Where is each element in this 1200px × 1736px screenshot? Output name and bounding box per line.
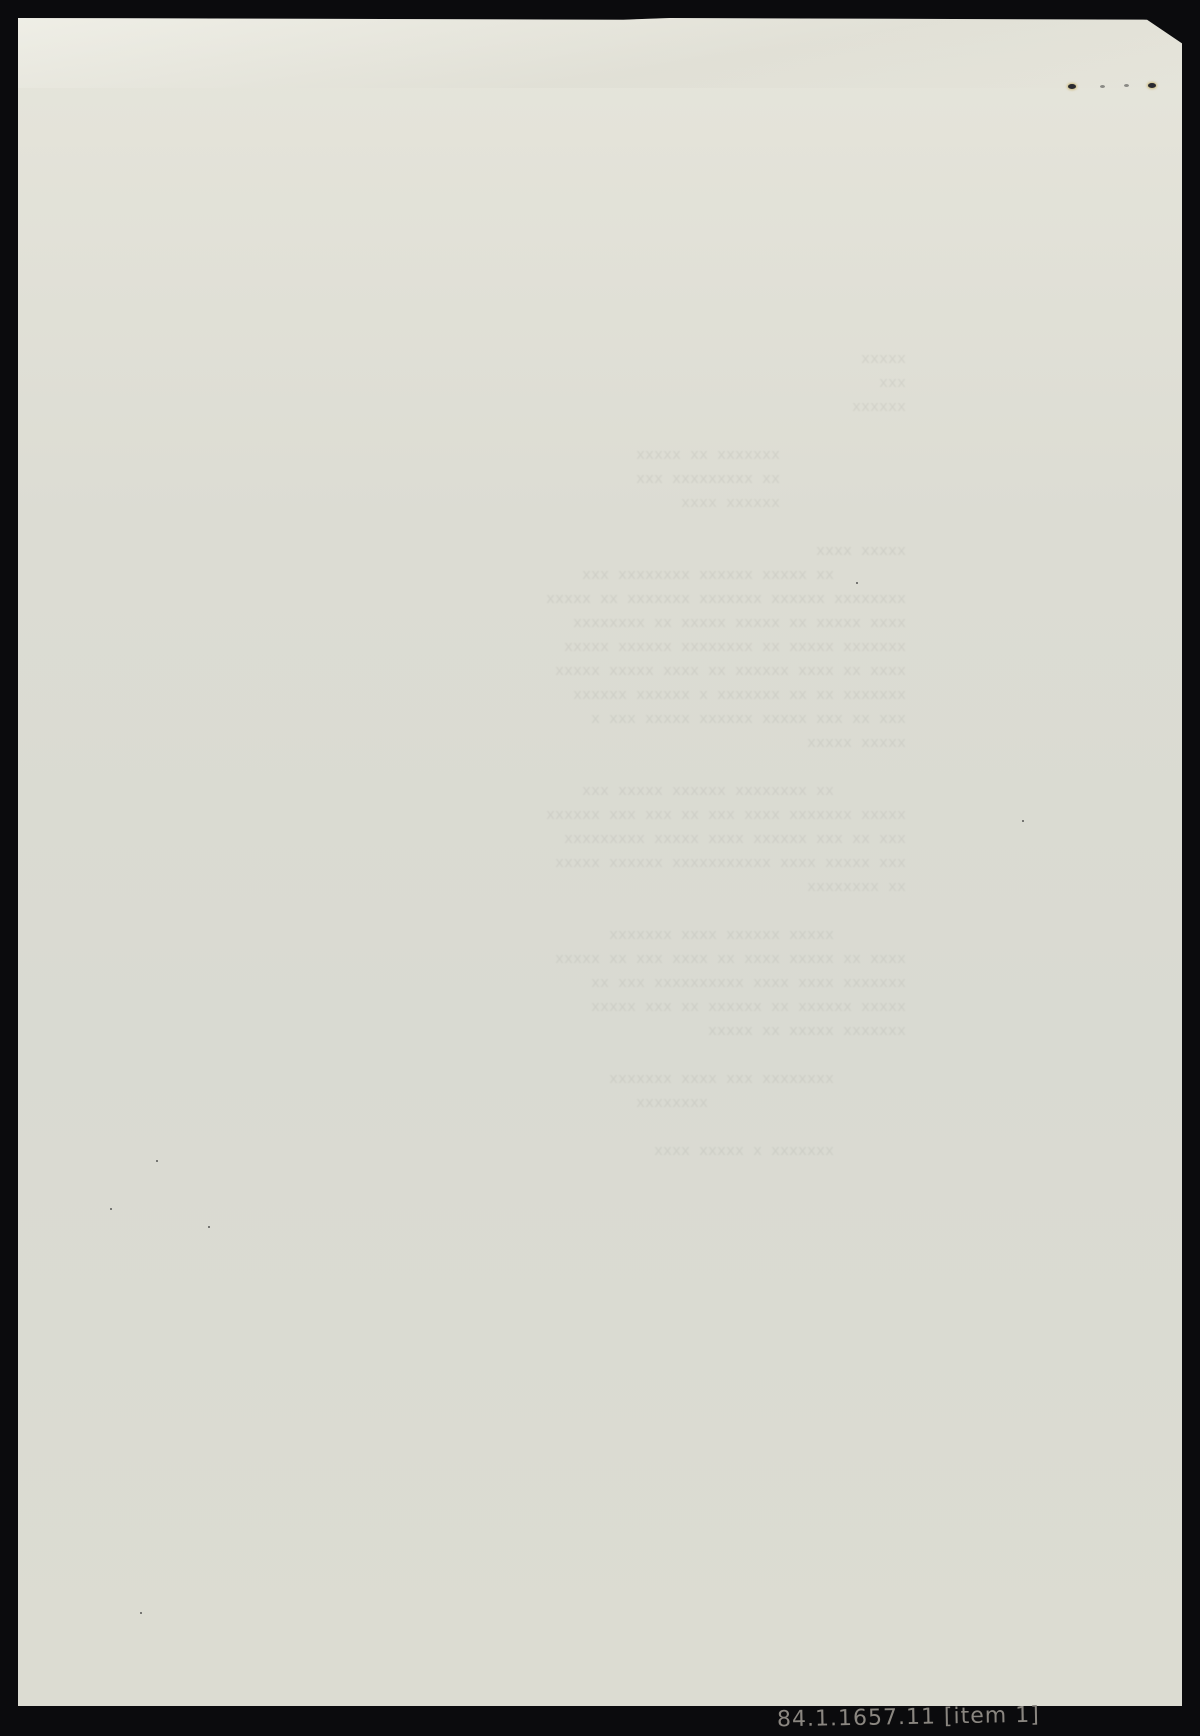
paper-speck (856, 582, 858, 584)
paper-sheet: xxxxx xxx xxxxxx xxxxxxx xx xxxxx xx xxx… (18, 18, 1182, 1706)
paper-speck (1022, 820, 1024, 822)
show-through-text: xxxxx xxx xxxxxx xxxxxxx xx xxxxx xx xxx… (306, 348, 906, 1164)
paper-speck (110, 1208, 112, 1210)
punch-hole (1068, 84, 1076, 89)
paper-speck (156, 1160, 158, 1162)
paper-fold-shading (18, 18, 1182, 88)
punch-mark (1100, 85, 1105, 88)
paper-speck (140, 1612, 142, 1614)
catalog-number-handwritten: 84.1.1657.11 [item 1] (777, 1703, 1040, 1733)
punch-hole (1148, 83, 1156, 88)
paper-speck (208, 1226, 210, 1228)
punch-holes (1058, 78, 1168, 94)
punch-mark (1124, 84, 1129, 87)
